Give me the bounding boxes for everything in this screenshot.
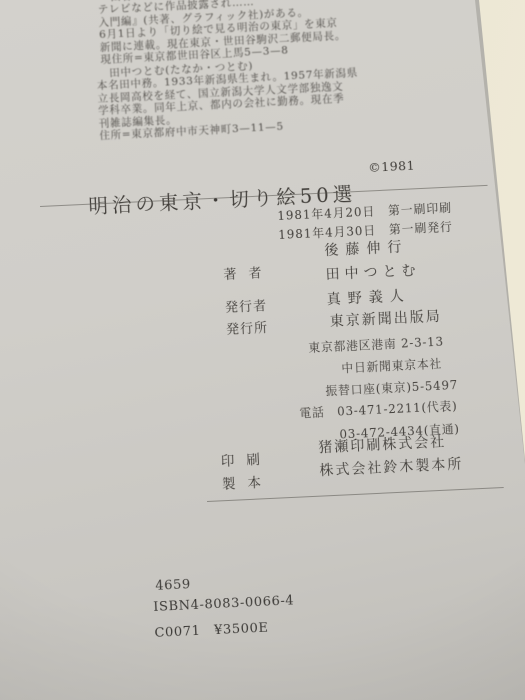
copyright-notice: ©1981 (368, 158, 415, 175)
credits-block: 後藤伸行 著者 田中つとむ 発行者 真野義人 発行所 東京新聞出版局 (222, 230, 506, 343)
author-name-2: 田中つとむ (325, 260, 421, 284)
publisher-name: 真野義人 (326, 285, 411, 309)
binder-name: 株式会社鈴木製本所 (319, 453, 464, 480)
author-name-1: 後藤伸行 (324, 236, 409, 260)
author-bio-tanaka: 田中つとむ(たなか・つとむ) 本名田中務。1933年新潟県生まれ。1957年新潟… (96, 55, 361, 143)
price-code: C0071 ¥3500E (154, 617, 269, 641)
print-code: 4659 (155, 577, 191, 594)
publishing-house-label: 発行所 (226, 317, 269, 338)
phone-main: 電話 03-471-2211(代表) (299, 397, 458, 421)
head-office: 中日新聞東京本社 (341, 355, 442, 377)
book-colophon-photo: 田谷…… テレビなどに作品披露され…… 入門編』(共著、グラフィック社)がある。… (0, 0, 525, 700)
postal-account: 振替口座(東京)5-5497 (325, 376, 458, 399)
binder-label: 製本 (221, 470, 273, 492)
author-label: 著者 (223, 262, 274, 283)
publisher-label: 発行者 (225, 295, 268, 316)
printer-label: 印刷 (220, 447, 272, 469)
isbn: ISBN4-8083-0066-4 (153, 593, 295, 615)
publishing-house-name: 東京新聞出版局 (329, 306, 442, 331)
production-block: 猪瀬印刷株式会社 印刷 株式会社鈴木製本所 製本 (218, 429, 501, 502)
